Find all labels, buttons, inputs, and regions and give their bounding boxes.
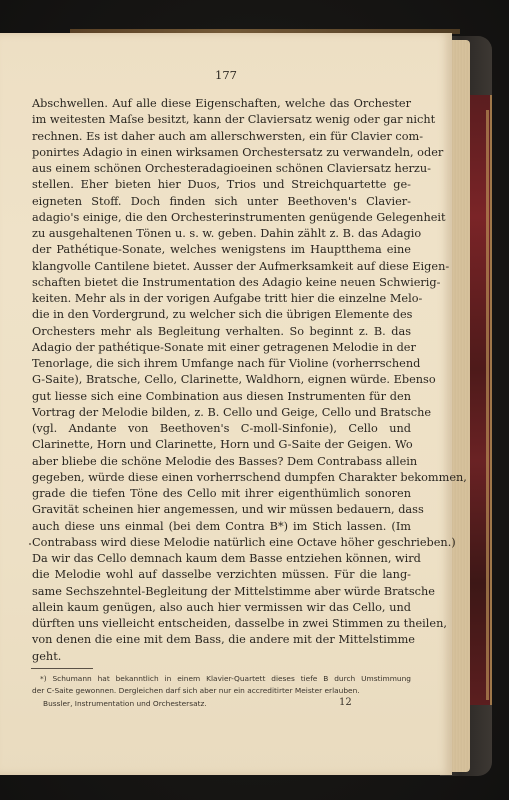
text-line: die Melodie wohl auf dasselbe verzichten… xyxy=(32,567,411,583)
text-line: (vgl. Andante von Beethoven's C-moll-Sin… xyxy=(32,421,411,437)
text-line: die in den Vordergrund, zu welcher sich … xyxy=(32,307,411,323)
footnote-line: der C-Saite gewonnen. Dergleichen darf s… xyxy=(32,685,411,697)
text-line: Clarinette, Horn und Clarinette, Horn un… xyxy=(32,437,411,453)
signature-mark: 12 xyxy=(339,697,352,708)
text-line: von denen die eine mit dem Bass, die and… xyxy=(32,632,411,648)
text-line: schaften bietet die Instrumentation des … xyxy=(32,275,411,291)
text-line: grade die tiefen Töne des Cello mit ihre… xyxy=(32,486,411,502)
text-line: Gravität scheinen hier angemessen, und w… xyxy=(32,502,411,518)
text-line: Adagio der pathétique-Sonate mit einer g… xyxy=(32,340,411,356)
text-line: Contrabass wird diese Melodie natürlich … xyxy=(32,535,411,551)
text-line: G-Saite), Bratsche, Cello, Clarinette, W… xyxy=(32,372,411,388)
text-line: eigneten Stoff. Doch finden sich unter B… xyxy=(32,194,411,210)
footnote-divider xyxy=(31,668,93,669)
text-line: stellen. Eher bieten hier Duos, Trios un… xyxy=(32,177,411,193)
text-line: klangvolle Cantilene bietet. Ausser der … xyxy=(32,259,411,275)
footnote: *) Schumann hat bekanntlich in einem Kla… xyxy=(32,673,411,697)
text-line: aus einem schönen Orchesteradagioeinen s… xyxy=(32,161,411,177)
footnote-line: *) Schumann hat bekanntlich in einem Kla… xyxy=(32,673,411,685)
text-line: Orchesters mehr als Begleitung verhalten… xyxy=(32,324,411,340)
text-line: adagio's einige, die den Orchesterinstru… xyxy=(32,210,411,226)
text-line: Da wir das Cello demnach kaum dem Basse … xyxy=(32,551,411,567)
text-line: rechnen. Es ist daher auch am allerschwe… xyxy=(32,129,411,145)
text-line: Tenorlage, die sich ihrem Umfange nach f… xyxy=(32,356,411,372)
text-line: zu ausgehaltenen Tönen u. s. w. geben. D… xyxy=(32,226,411,242)
signature-line: Bussler, Instrumentation und Orchestersa… xyxy=(43,699,343,708)
text-line: ponirtes Adagio in einen wirksamen Orche… xyxy=(32,145,411,161)
text-line: Abschwellen. Auf alle diese Eigenschafte… xyxy=(32,96,411,112)
body-text: Abschwellen. Auf alle diese Eigenschafte… xyxy=(32,96,411,665)
text-line: der Pathétique-Sonate, welches wenigsten… xyxy=(32,242,411,258)
text-line: allein kaum genügen, also auch hier verm… xyxy=(32,600,411,616)
text-line: keiten. Mehr als in der vorigen Aufgabe … xyxy=(32,291,411,307)
spine-gilt-edge xyxy=(486,110,489,700)
text-line: Vortrag der Melodie bilden, z. B. Cello … xyxy=(32,405,411,421)
text-line: auch diese uns einmal (bei dem Contra B*… xyxy=(32,519,411,535)
text-line: gut liesse sich eine Combination aus die… xyxy=(32,389,411,405)
text-line: dürften uns vielleicht entscheiden, dass… xyxy=(32,616,411,632)
page-number: 177 xyxy=(0,68,452,82)
text-line: im weitesten Maſse besitzt, kann der Cla… xyxy=(32,112,411,128)
text-line: gegeben, würde diese einen vorherrschend… xyxy=(32,470,411,486)
text-line: geht. xyxy=(32,649,411,665)
text-line: aber bliebe die schöne Melodie des Basse… xyxy=(32,454,411,470)
text-line: same Sechszehntel-Begleitung der Mittels… xyxy=(32,584,411,600)
